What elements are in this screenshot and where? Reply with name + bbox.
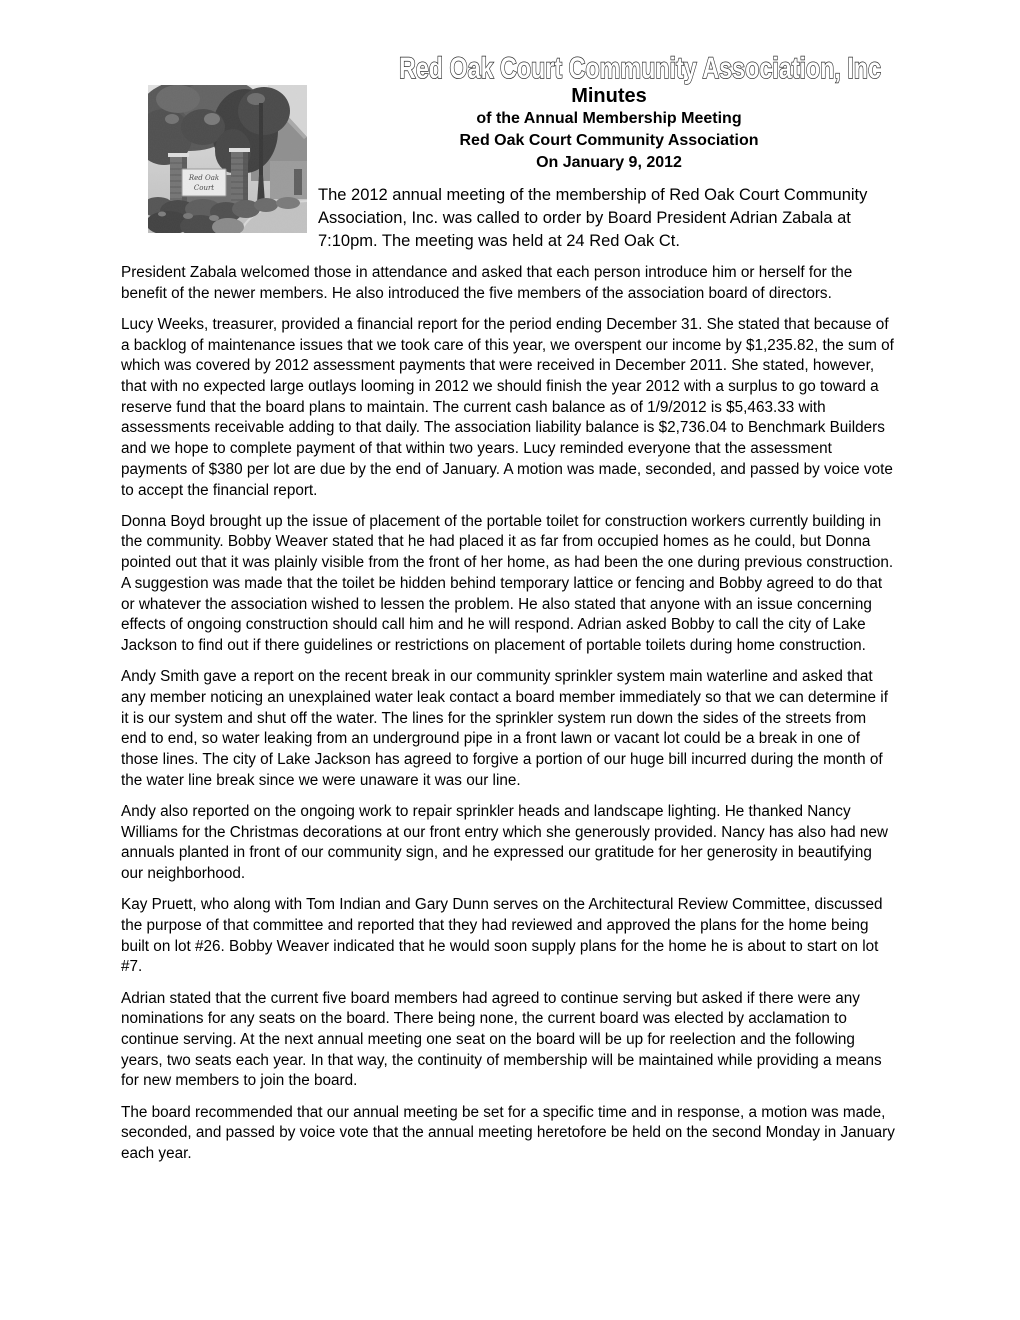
- entrance-photo: Red Oak Court: [148, 85, 307, 233]
- entrance-photo-graphic: Red Oak Court: [148, 85, 307, 233]
- document-page: Red Oak Court Community Association, Inc: [0, 0, 1020, 1320]
- minutes-heading-block: Minutes of the Annual Membership Meeting…: [318, 85, 900, 174]
- paragraph-sprinkler-break: Andy Smith gave a report on the recent b…: [121, 667, 895, 791]
- minutes-title: Minutes: [318, 85, 900, 108]
- community-sign: Red Oak Court: [182, 169, 226, 196]
- association-title-text: Red Oak Court Community Association, Inc: [399, 52, 881, 85]
- paragraph-president-welcome: President Zabala welcomed those in atten…: [121, 263, 895, 304]
- sign-text-line1: Red Oak: [188, 174, 219, 182]
- heading-meeting-line: of the Annual Membership Meeting: [318, 108, 900, 130]
- paragraph-portable-toilet: Donna Boyd brought up the issue of place…: [121, 512, 895, 657]
- paragraph-meeting-schedule: The board recommended that our annual me…: [121, 1103, 895, 1165]
- paragraph-repairs-thanks: Andy also reported on the ongoing work t…: [121, 802, 895, 885]
- tree-foliage: [148, 85, 290, 173]
- association-title-banner: Red Oak Court Community Association, Inc: [388, 46, 892, 88]
- heading-date-line: On January 9, 2012: [318, 152, 900, 174]
- heading-association-line: Red Oak Court Community Association: [318, 130, 900, 152]
- paragraph-treasurer-report: Lucy Weeks, treasurer, provided a financ…: [121, 315, 895, 501]
- minutes-body: President Zabala welcomed those in atten…: [121, 263, 895, 1175]
- intro-paragraph: The 2012 annual meeting of the membershi…: [318, 184, 886, 253]
- sign-text-line2: Court: [194, 184, 214, 192]
- paragraph-architectural-review: Kay Pruett, who along with Tom Indian an…: [121, 895, 895, 978]
- paragraph-board-election: Adrian stated that the current five boar…: [121, 989, 895, 1093]
